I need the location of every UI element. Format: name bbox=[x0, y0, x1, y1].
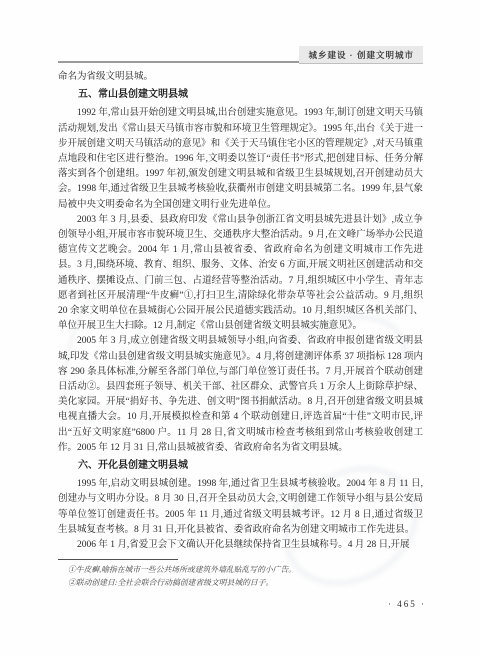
footnote: ①牛皮癣,喻指在城市一些公共场所或建筑外墙乱贴乱写的小广告。 bbox=[58, 563, 423, 576]
paragraph: 2003 年 3 月,县委、县政府印发《常山县争创浙江省文明县城先进县计划》,成… bbox=[58, 213, 423, 335]
paragraph: 1992 年,常山县开始创建文明县城,出台创建实施意见。1993 年,制订创建文… bbox=[58, 106, 423, 212]
book-page: 城乡建设 · 创建文明城市 命名为省级文明县城。 五、常山县创建文明县城 199… bbox=[0, 0, 480, 655]
footnotes: ①牛皮癣,喻指在城市一些公共场所或建筑外墙乱贴乱写的小广告。 ②联动创建日:全社… bbox=[58, 563, 423, 589]
paragraph: 1995 年,启动文明县城创建。1998 年,通过省卫生县城考核验收。2004 … bbox=[58, 477, 423, 538]
paragraph: 2005 年 3 月,成立创建省级文明县城领导小组,向省委、省政府申报创建省级文… bbox=[58, 334, 423, 456]
paragraph: 2006 年 1 月,省爱卫会下文确认开化县继续保持省卫生县城称号。4 月 28… bbox=[58, 538, 423, 553]
article-body: 命名为省级文明县城。 五、常山县创建文明县城 1992 年,常山县开始创建文明县… bbox=[58, 70, 423, 553]
section-heading-changshan: 五、常山县创建文明县城 bbox=[58, 87, 423, 102]
page-number: · 465 · bbox=[388, 599, 426, 609]
section-heading-kaihua: 六、开化县创建文明县城 bbox=[58, 458, 423, 473]
footnote-separator bbox=[58, 559, 178, 560]
continuation-paragraph: 命名为省级文明县城。 bbox=[58, 70, 423, 85]
footnote: ②联动创建日:全社会联合行动搞创建省级文明县城的日子。 bbox=[58, 576, 423, 589]
running-header-badge: 城乡建设 · 创建文明城市 bbox=[299, 46, 423, 64]
